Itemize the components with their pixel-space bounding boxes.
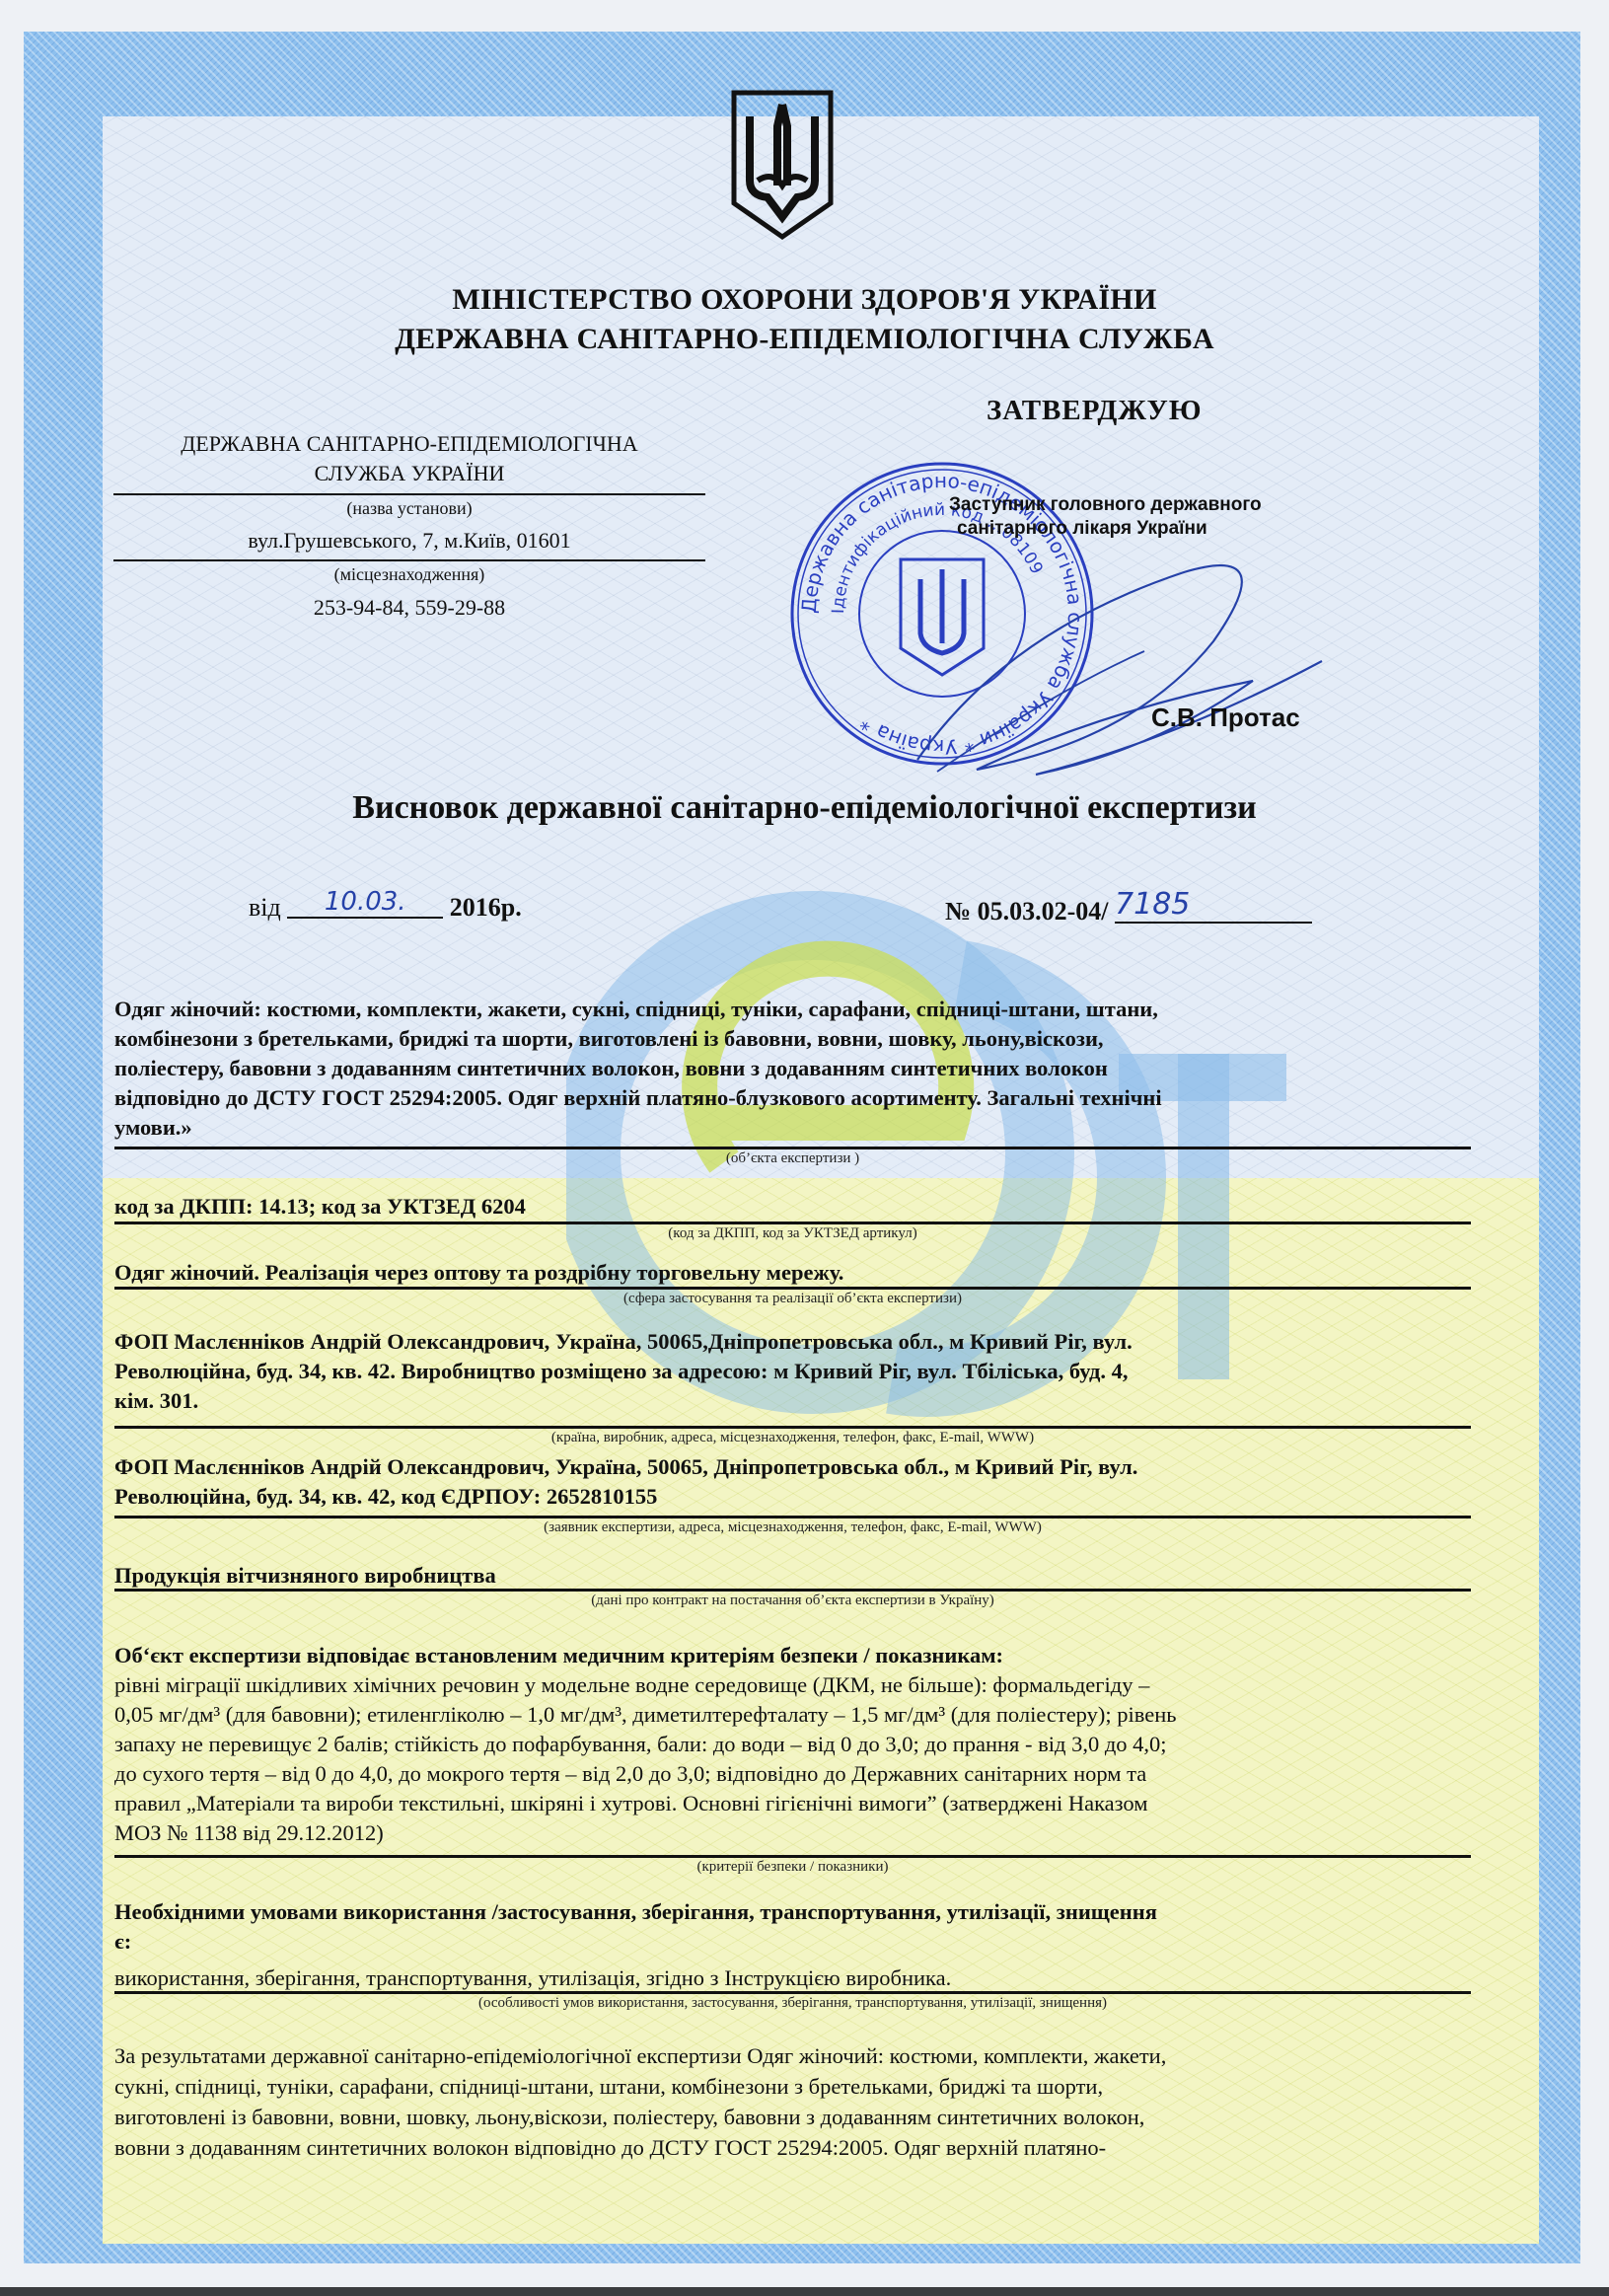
institution-name-caption: (назва установи)	[109, 498, 710, 519]
text-line: відповідно до ДСТУ ГОСТ 25294:2005. Одяг…	[114, 1083, 1456, 1113]
divider	[114, 1147, 1471, 1149]
text-line: МОЗ № 1138 від 29.12.2012)	[114, 1818, 1456, 1848]
text-line: ФОП Маслєнніков Андрій Олександрович, Ук…	[114, 1327, 1456, 1357]
scan-edge	[0, 2287, 1609, 2296]
date-year: 2016р.	[450, 893, 522, 922]
divider	[114, 1855, 1471, 1858]
text-line: За результатами державної санітарно-епід…	[114, 2040, 1456, 2071]
text-line: Одяг жіночий. Реалізація через оптову та…	[114, 1258, 1456, 1288]
divider	[114, 1426, 1471, 1429]
text-line: правил „Матеріали та вироби текстильні, …	[114, 1789, 1456, 1818]
divider	[114, 1287, 1471, 1290]
section-conditions: використання, зберігання, транспортуванн…	[114, 1963, 1456, 1993]
text-line: кім. 301.	[114, 1386, 1456, 1416]
divider	[114, 1589, 1471, 1592]
date-handwritten: 10.03.	[325, 887, 406, 917]
text-line: код за ДКПП: 14.13; код за УКТЗЕД 6204	[114, 1192, 1456, 1222]
text-line: запаху не перевищує 2 балів; стійкість д…	[114, 1730, 1456, 1759]
text-line: виготовлені із бавовни, вовни, шовку, ль…	[114, 2102, 1456, 2132]
section-applicant: ФОП Маслєнніков Андрій Олександрович, Ук…	[114, 1452, 1456, 1512]
document-date: від 10.03. 2016р.	[249, 893, 522, 925]
approval-label: ЗАТВЕРДЖУЮ	[987, 395, 1203, 427]
institution-name-line1: ДЕРЖАВНА САНІТАРНО-ЕПІДЕМІОЛОГІЧНА	[109, 431, 710, 457]
text-line: використання, зберігання, транспортуванн…	[114, 1963, 1456, 1993]
criteria-heading: Об‘єкт експертизи відповідає встановлени…	[114, 1641, 1456, 1670]
section-conclusion: За результатами державної санітарно-епід…	[114, 2040, 1456, 2163]
section-contract: Продукція вітчизняного виробництва	[114, 1561, 1456, 1591]
divider	[113, 559, 705, 561]
section-object: Одяг жіночий: костюми, комплекти, жакети…	[114, 995, 1456, 1143]
handwritten-signature	[858, 513, 1371, 789]
signer-name: С.В. Протас	[1151, 703, 1300, 733]
caption-manufacturer: (країна, виробник, адреса, місцезнаходже…	[114, 1430, 1471, 1446]
caption-scope: (сфера застосування та реалізації об’єкт…	[114, 1291, 1471, 1307]
section-codes: код за ДКПП: 14.13; код за УКТЗЕД 6204	[114, 1192, 1456, 1222]
caption-applicant: (заявник експертизи, адреса, місцезнаход…	[114, 1519, 1471, 1536]
document-title: Висновок державної санітарно-епідеміолог…	[0, 789, 1609, 827]
text-line: рівні міграції шкідливих хімічних речови…	[114, 1670, 1456, 1700]
caption-conditions: (особливості умов використання, застосув…	[114, 1995, 1471, 2012]
trident-coat-of-arms-icon	[728, 87, 837, 245]
text-line: є:	[114, 1927, 1456, 1957]
number-prefix: № 05.03.02-04/	[945, 897, 1109, 926]
text-line: Продукція вітчизняного виробництва	[114, 1561, 1456, 1591]
conditions-heading: Необхідними умовами використання /застос…	[114, 1897, 1456, 1957]
divider	[114, 1516, 1471, 1518]
document-number: № 05.03.02-04/ 7185	[945, 893, 1312, 929]
institution-phones: 253-94-84, 559-29-88	[109, 595, 710, 621]
date-prefix: від	[249, 893, 281, 922]
caption-object: (об’єкта експертизи )	[114, 1150, 1471, 1167]
ministry-title-line2: ДЕРЖАВНА САНІТАРНО-ЕПІДЕМІОЛОГІЧНА СЛУЖБ…	[0, 321, 1609, 358]
text-line: вовни з додаванням синтетичних волокон в…	[114, 2132, 1456, 2163]
text-line: Революційна, буд. 34, кв. 42. Виробництв…	[114, 1357, 1456, 1386]
text-line: до сухого тертя – від 0 до 4,0, до мокро…	[114, 1759, 1456, 1789]
institution-name-line2: СЛУЖБА УКРАЇНИ	[109, 461, 710, 486]
text-line: Одяг жіночий: костюми, комплекти, жакети…	[114, 995, 1456, 1024]
section-scope: Одяг жіночий. Реалізація через оптову та…	[114, 1258, 1456, 1288]
divider	[114, 1991, 1471, 1994]
section-manufacturer: ФОП Маслєнніков Андрій Олександрович, Ук…	[114, 1327, 1456, 1416]
text-line: ФОП Маслєнніков Андрій Олександрович, Ук…	[114, 1452, 1456, 1482]
text-line: Революційна, буд. 34, кв. 42, код ЄДРПОУ…	[114, 1482, 1456, 1512]
text-line: комбінезони з бретельками, бриджі та шор…	[114, 1024, 1456, 1054]
divider	[114, 1222, 1471, 1224]
section-criteria: рівні міграції шкідливих хімічних речови…	[114, 1670, 1456, 1848]
number-handwritten: 7185	[1115, 887, 1190, 922]
text-line: умови.»	[114, 1113, 1456, 1143]
ministry-title-line1: МІНІСТЕРСТВО ОХОРОНИ ЗДОРОВ'Я УКРАЇНИ	[0, 281, 1609, 319]
divider	[113, 493, 705, 495]
institution-address-caption: (місцезнаходження)	[109, 564, 710, 585]
text-line: 0,05 мг/дм³ (для бавовни); етиленгліколю…	[114, 1700, 1456, 1730]
text-line: Необхідними умовами використання /застос…	[114, 1897, 1456, 1927]
caption-codes: (код за ДКПП, код за УКТЗЕД артикул)	[114, 1225, 1471, 1242]
text-line: сукні, спідниці, туніки, сарафани, спідн…	[114, 2071, 1456, 2102]
institution-address: вул.Грушевського, 7, м.Київ, 01601	[109, 528, 710, 554]
text-line: поліестеру, бавовни з додаванням синтети…	[114, 1054, 1456, 1083]
caption-contract: (дані про контракт на постачання об’єкта…	[114, 1592, 1471, 1609]
caption-criteria: (критерії безпеки / показники)	[114, 1859, 1471, 1876]
